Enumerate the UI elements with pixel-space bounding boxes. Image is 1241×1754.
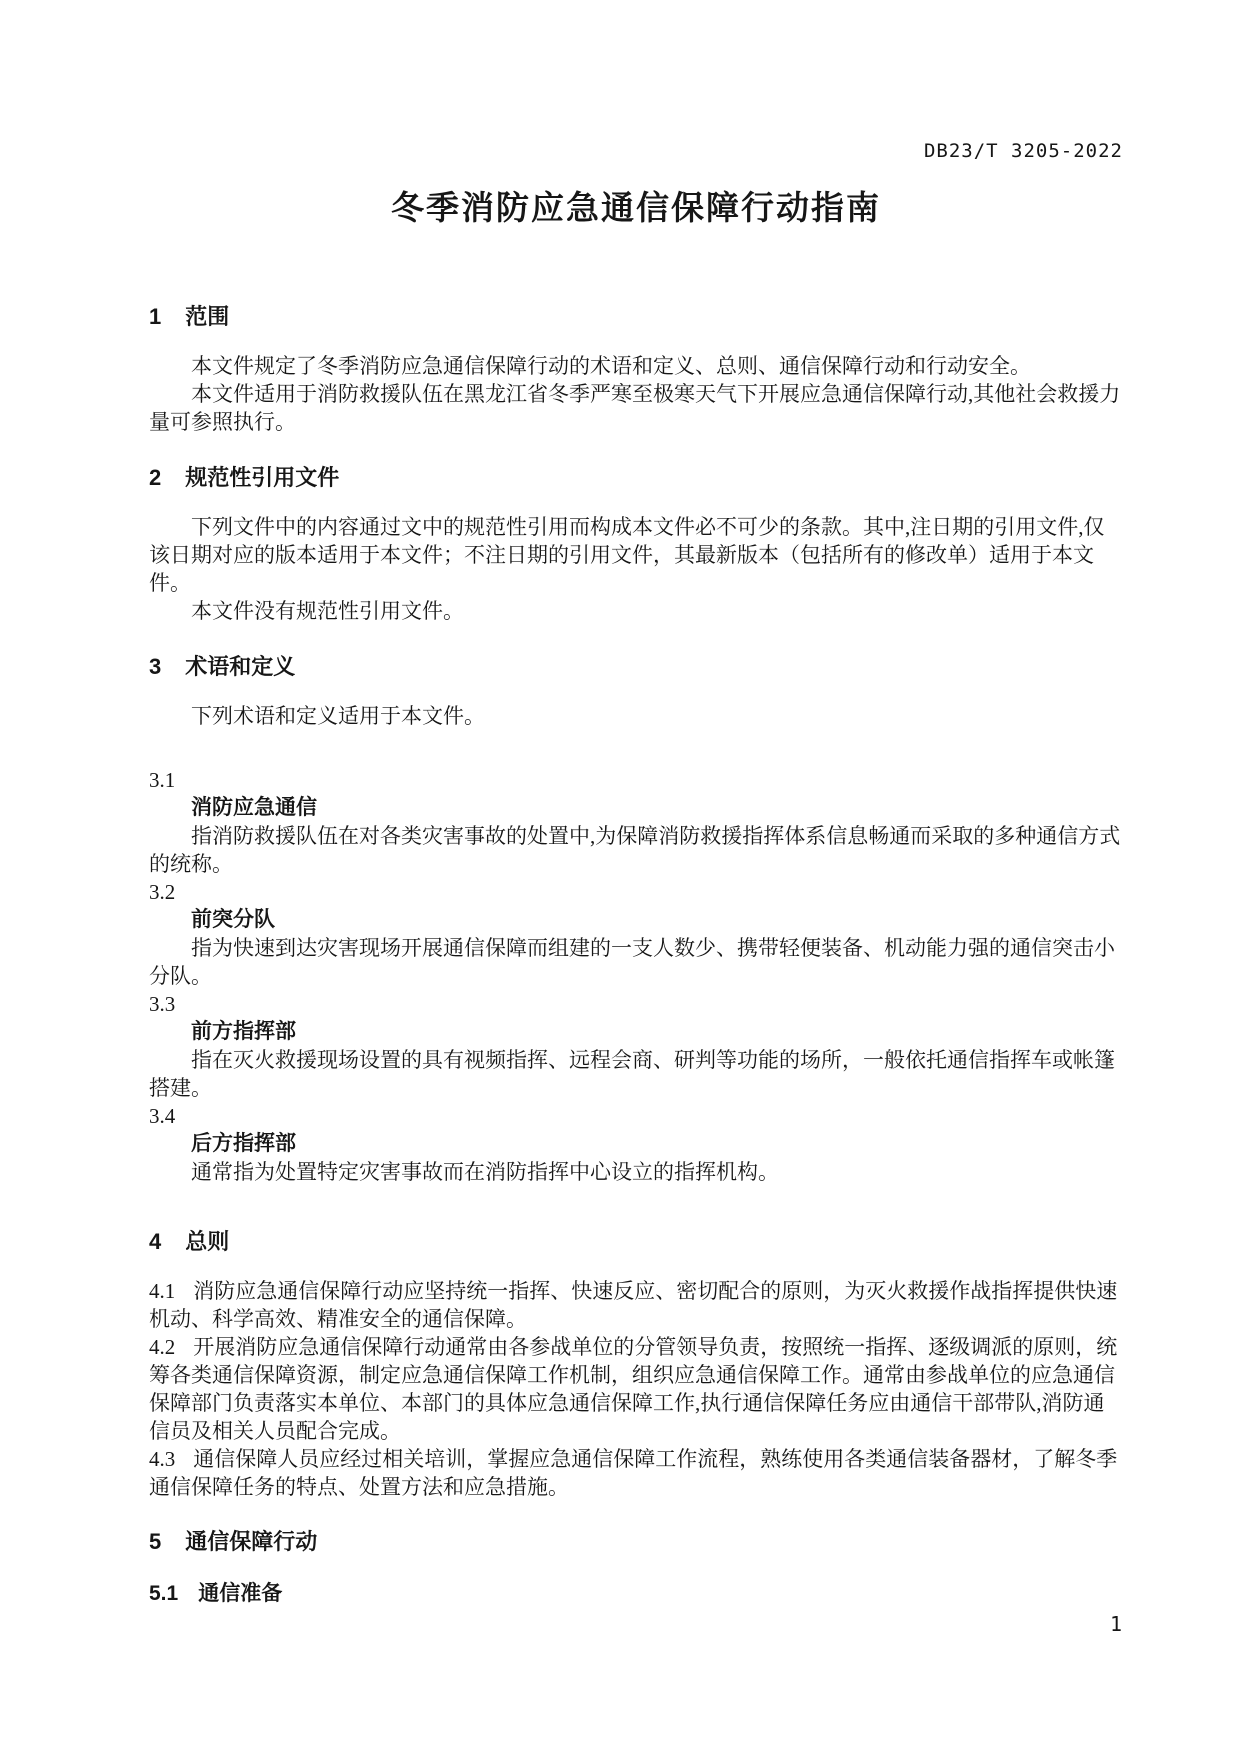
section-2-paragraph-2: 本文件没有规范性引用文件。 xyxy=(149,597,1123,625)
clause-text: 通信保障人员应经过相关培训，掌握应急通信保障工作流程，熟练使用各类通信装备器材，… xyxy=(149,1447,1117,1499)
term-name: 后方指挥部 xyxy=(149,1130,1123,1158)
section-1-number: 1 xyxy=(149,304,161,329)
term-3-3: 3.3 前方指挥部 指在灭火救援现场设置的具有视频指挥、远程会商、研判等功能的场… xyxy=(149,990,1123,1102)
term-definition: 通常指为处置特定灾害事故而在消防指挥中心设立的指挥机构。 xyxy=(149,1158,1123,1186)
section-4-number: 4 xyxy=(149,1229,161,1254)
section-3-label: 术语和定义 xyxy=(185,654,295,679)
terms-list: 3.1 消防应急通信 指消防救援队伍在对各类灾害事故的处置中,为保障消防救援指挥… xyxy=(149,766,1123,1186)
document-title: 冬季消防应急通信保障行动指南 xyxy=(149,188,1123,228)
section-5-1-number: 5.1 xyxy=(149,1582,178,1605)
section-2-number: 2 xyxy=(149,465,161,490)
section-2-label: 规范性引用文件 xyxy=(185,465,339,490)
clause-number: 4.1 xyxy=(149,1279,193,1303)
clause-text: 开展消防应急通信保障行动通常由各参战单位的分管领导负责，按照统一指挥、逐级调派的… xyxy=(149,1335,1117,1443)
section-3-heading: 3术语和定义 xyxy=(149,653,1123,681)
term-number: 3.2 xyxy=(149,878,1123,906)
clause-4-2: 4.2开展消防应急通信保障行动通常由各参战单位的分管领导负责，按照统一指挥、逐级… xyxy=(149,1333,1123,1445)
section-3-number: 3 xyxy=(149,654,161,679)
section-4-label: 总则 xyxy=(185,1229,229,1254)
term-3-4: 3.4 后方指挥部 通常指为处置特定灾害事故而在消防指挥中心设立的指挥机构。 xyxy=(149,1102,1123,1186)
page-number: 1 xyxy=(1110,1612,1122,1636)
term-name: 消防应急通信 xyxy=(149,794,1123,822)
clause-text: 消防应急通信保障行动应坚持统一指挥、快速反应、密切配合的原则，为灭火救援作战指挥… xyxy=(149,1279,1117,1331)
section-4-heading: 4总则 xyxy=(149,1228,1123,1256)
section-1-paragraph-2: 本文件适用于消防救援队伍在黑龙江省冬季严寒至极寒天气下开展应急通信保障行动,其他… xyxy=(149,380,1123,436)
section-1-paragraph-1: 本文件规定了冬季消防应急通信保障行动的术语和定义、总则、通信保障行动和行动安全。 xyxy=(149,352,1123,380)
document-page: DB23/T 3205-2022 冬季消防应急通信保障行动指南 1范围 本文件规… xyxy=(0,0,1241,1754)
clause-number: 4.3 xyxy=(149,1447,193,1471)
clause-4-1: 4.1消防应急通信保障行动应坚持统一指挥、快速反应、密切配合的原则，为灭火救援作… xyxy=(149,1277,1123,1333)
term-name: 前突分队 xyxy=(149,906,1123,934)
term-3-2: 3.2 前突分队 指为快速到达灾害现场开展通信保障而组建的一支人数少、携带轻便装… xyxy=(149,878,1123,990)
section-2-paragraph-1: 下列文件中的内容通过文中的规范性引用而构成本文件必不可少的条款。其中,注日期的引… xyxy=(149,513,1123,597)
term-name: 前方指挥部 xyxy=(149,1018,1123,1046)
section-5-1-label: 通信准备 xyxy=(198,1582,282,1605)
clause-4-3: 4.3通信保障人员应经过相关培训，掌握应急通信保障工作流程，熟练使用各类通信装备… xyxy=(149,1445,1123,1501)
section-2-heading: 2规范性引用文件 xyxy=(149,464,1123,492)
term-3-1: 3.1 消防应急通信 指消防救援队伍在对各类灾害事故的处置中,为保障消防救援指挥… xyxy=(149,766,1123,878)
section-1-label: 范围 xyxy=(185,304,229,329)
term-number: 3.3 xyxy=(149,990,1123,1018)
section-5-number: 5 xyxy=(149,1529,161,1554)
term-definition: 指为快速到达灾害现场开展通信保障而组建的一支人数少、携带轻便装备、机动能力强的通… xyxy=(149,934,1123,990)
term-number: 3.4 xyxy=(149,1102,1123,1130)
document-content: DB23/T 3205-2022 冬季消防应急通信保障行动指南 1范围 本文件规… xyxy=(149,140,1123,1608)
section-5-heading: 5通信保障行动 xyxy=(149,1528,1123,1556)
term-number: 3.1 xyxy=(149,766,1123,794)
term-definition: 指在灭火救援现场设置的具有视频指挥、远程会商、研判等功能的场所，一般依托通信指挥… xyxy=(149,1046,1123,1102)
standard-number: DB23/T 3205-2022 xyxy=(149,140,1123,162)
term-definition: 指消防救援队伍在对各类灾害事故的处置中,为保障消防救援指挥体系信息畅通而采取的多… xyxy=(149,822,1123,878)
section-5-label: 通信保障行动 xyxy=(185,1529,317,1554)
section-1-heading: 1范围 xyxy=(149,303,1123,331)
section-5-1-heading: 5.1通信准备 xyxy=(149,1580,1123,1608)
clause-number: 4.2 xyxy=(149,1335,193,1359)
section-3-intro: 下列术语和定义适用于本文件。 xyxy=(149,702,1123,730)
